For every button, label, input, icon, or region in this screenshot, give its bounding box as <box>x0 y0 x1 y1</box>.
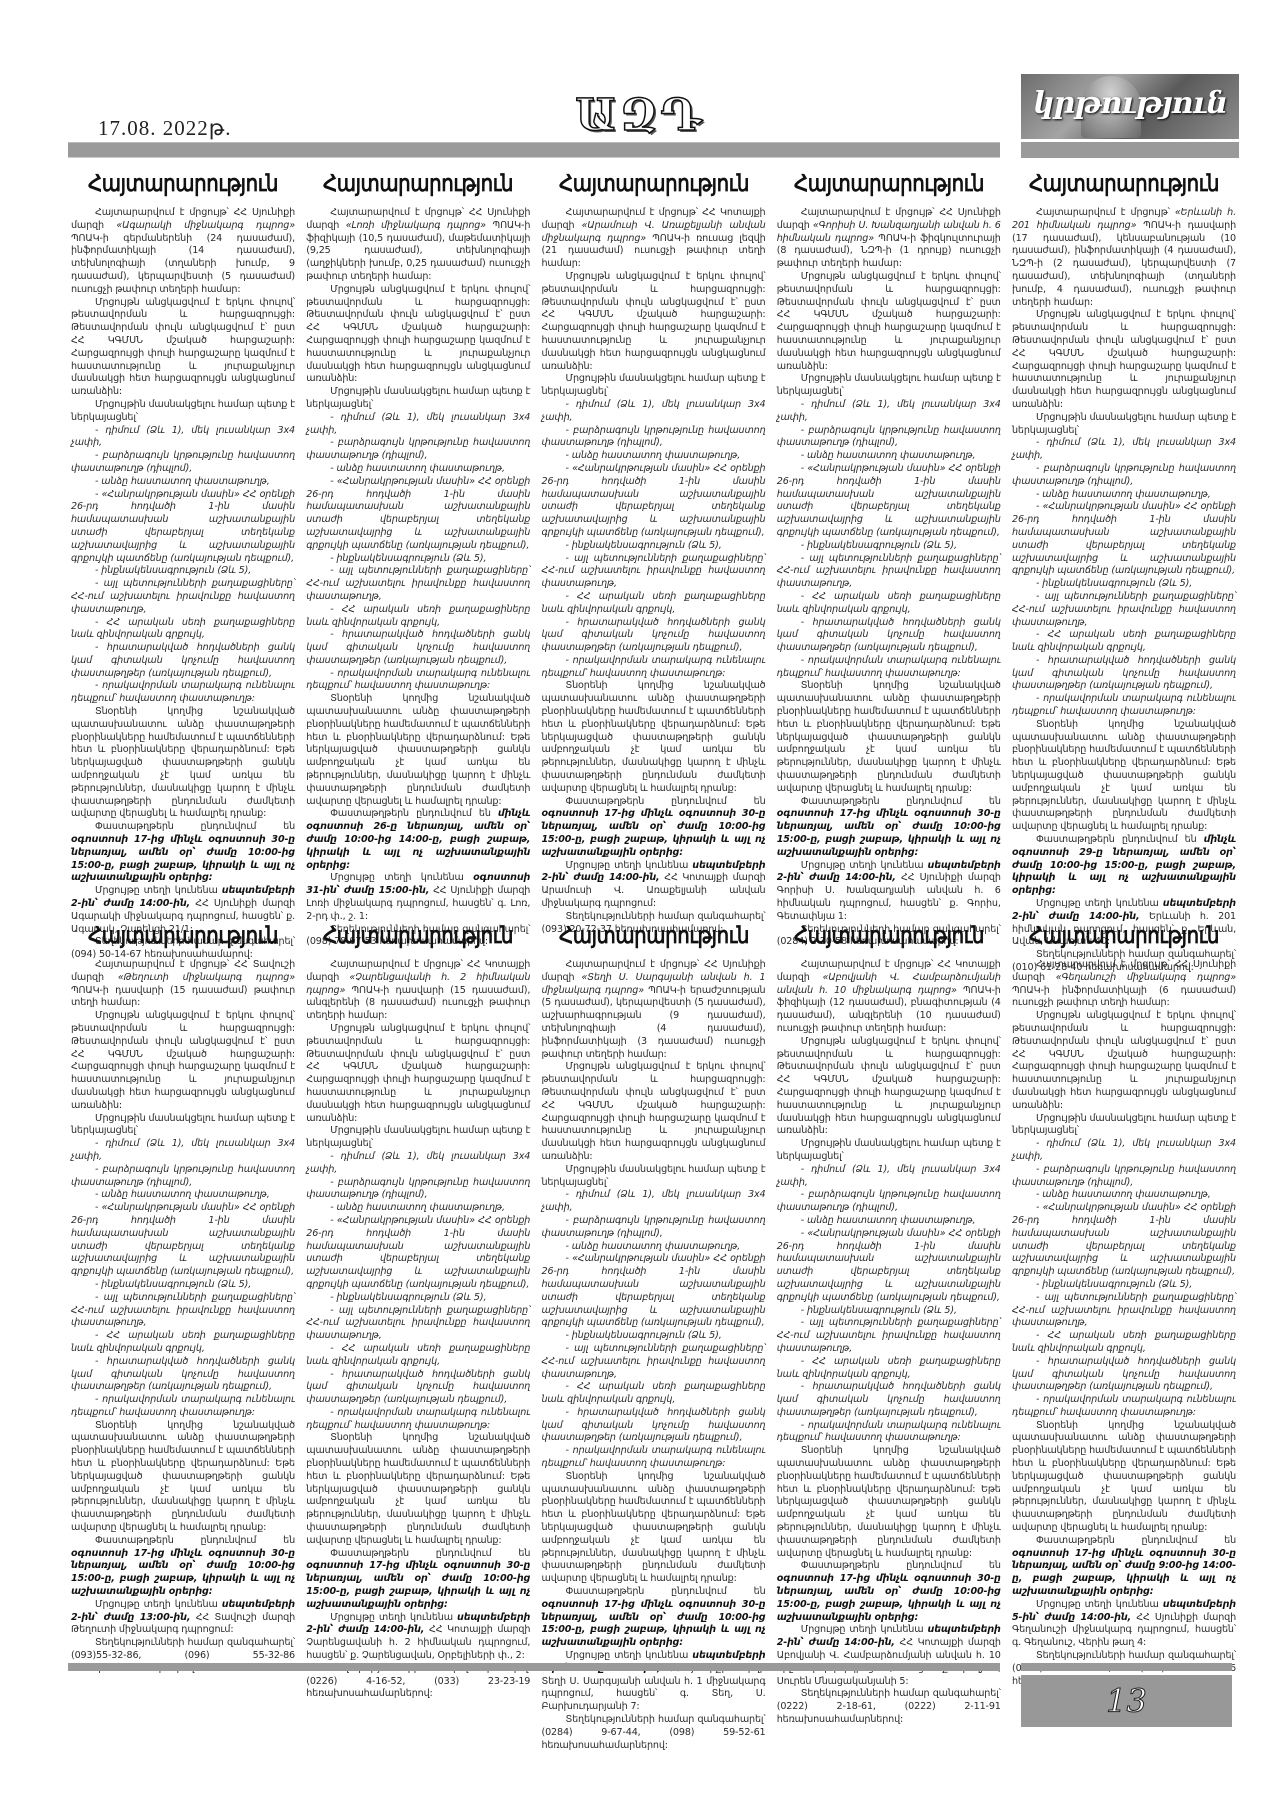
ad-column: Հայտարարություն Հայտարարվում է մրցույթ՝ … <box>1009 168 1239 928</box>
ads-row-top: Հայտարարություն Հայտարարվում է մրցույթ՝ … <box>68 168 1239 928</box>
school-name: «Ագարակի միջնակարգ դպրոց» <box>116 220 295 231</box>
requirement-item: - բարձրագույն կրթությունը հավաստող փաստա… <box>777 425 1001 451</box>
ad-intro: Հայտարարվում է մրցույթ՝ ՀՀ Կոտայքի մարզի… <box>777 959 1001 1036</box>
ad-body: Հայտարարվում է մրցույթ՝ ՀՀ Սյունիքի մարզ… <box>306 207 530 949</box>
requirement-item: - որակավորման տարակարգ ունենալու դեպքում… <box>777 655 1001 681</box>
requirement-item: - ՀՀ արական սեռի քաղաքացիները նաև զինվոր… <box>306 1343 530 1369</box>
ad-req-intro: Մրցույթին մասնակցելու համար պետք է ներկա… <box>542 1164 766 1190</box>
page-number: 13 <box>1106 1682 1147 1720</box>
ad-stages: Մրցույթն անցկացվում է երկու փուլով՝ թեստ… <box>777 271 1001 373</box>
ad-req-intro: Մրցույթին մասնակցելու համար պետք է ներկա… <box>1012 1113 1236 1139</box>
requirement-item: - հրատարակված հոդվածների ցանկ կամ գիտակա… <box>542 1407 766 1445</box>
ad-verification: Տնօրենի կողմից նշանակված պատասխանատու ան… <box>306 1432 530 1547</box>
ad-venue: Մրցույթը տեղի կունենա օգոստոսի 31-ին՝ ժա… <box>306 872 530 923</box>
requirement-item: - այլ պետությունների քաղաքացիները՝ ՀՀ-ու… <box>71 578 295 616</box>
phone-numbers: (0222) 2-18-61, (0222) 2-11-91 հեռախոսահ… <box>777 1701 1001 1725</box>
requirement-item: - հրատարակված հոդվածների ցանկ կամ գիտակա… <box>306 1369 530 1407</box>
ad-intro: Հայտարարվում է մրցույթ՝ ՀՀ Սյունիքի մարզ… <box>306 207 530 284</box>
requirement-item: - անձը հաստատող փաստաթուղթ, <box>777 1215 1001 1228</box>
requirement-item: - «Հանրակրթության մասին» ՀՀ օրենքի 26-րդ… <box>1012 501 1236 578</box>
requirements-list: - դիմում (Ձև 1), մեկ լուսանկար 3x4 չափի,… <box>777 1164 1001 1446</box>
ad-verification: Տնօրենի կողմից նշանակված պատասխանատու ան… <box>542 680 766 795</box>
ad-body: Հայտարարվում է մրցույթ՝ ՀՀ Սյունիքի մարզ… <box>542 959 766 1752</box>
section-banner: կրթություն <box>1021 74 1239 139</box>
ad-docs-period: Փաստաթղթերն ընդունվում են օգոստոսի 17-ից… <box>777 796 1001 860</box>
ad-venue: Մրցույթը տեղի կունենա սեպտեմբերի 2-ին՝ ժ… <box>306 1612 530 1663</box>
requirement-item: - որակավորման տարակարգ ունենալու դեպքում… <box>1012 693 1236 719</box>
requirement-item: - ինքնակենսագրություն (Ձև 5), <box>71 1279 295 1292</box>
requirement-item: - որակավորման տարակարգ ունենալու դեպքում… <box>777 1420 1001 1446</box>
ad-req-intro: Մրցույթին մասնակցելու համար պետք է ներկա… <box>306 386 530 412</box>
requirement-item: - ՀՀ արական սեռի քաղաքացիները նաև զինվոր… <box>71 1330 295 1356</box>
requirement-item: - «Հանրակրթության մասին» ՀՀ օրենքի 26-րդ… <box>777 463 1001 540</box>
requirement-item: - դիմում (Ձև 1), մեկ լուսանկար 3x4 չափի, <box>777 399 1001 425</box>
ad-req-intro: Մրցույթին մասնակցելու համար պետք է ներկա… <box>306 1125 530 1151</box>
requirement-item: - դիմում (Ձև 1), մեկ լուսանկար 3x4 չափի, <box>1012 437 1236 463</box>
ad-venue: Մրցույթը տեղի կունենա սեպտեմբերի 2-ին՝ ժ… <box>777 1624 1001 1688</box>
ad-stages: Մրցույթն անցկացվում է երկու փուլով՝ թեստ… <box>306 284 530 386</box>
ad-title: Հայտարարություն <box>1028 170 1221 197</box>
requirement-item: - ՀՀ արական սեռի քաղաքացիները նաև զինվոր… <box>71 617 295 643</box>
requirement-item: - բարձրագույն կրթությունը հավաստող փաստա… <box>777 1189 1001 1215</box>
ad-docs-period: Փաստաթղթերն ընդունվում են մինչև օգոստոսի… <box>306 808 530 872</box>
ad-column: Հայտարարություն Հայտարարվում է մրցույթ՝ … <box>774 920 1004 1610</box>
ad-title: Հայտարարություն <box>322 922 515 949</box>
requirement-item: - ՀՀ արական սեռի քաղաքացիները նաև զինվոր… <box>777 1356 1001 1382</box>
ad-docs-period: Փաստաթղթերն ընդունվում են օգոստոսի 17-ից… <box>306 1548 530 1612</box>
ad-title: Հայտարարություն <box>557 922 750 949</box>
requirement-item: - հրատարակված հոդվածների ցանկ կամ գիտակա… <box>1012 655 1236 693</box>
requirement-item: - ՀՀ արական սեռի քաղաքացիները նաև զինվոր… <box>542 1381 766 1407</box>
requirement-item: - դիմում (Ձև 1), մեկ լուսանկար 3x4 չափի, <box>1012 1138 1236 1164</box>
ad-verification: Տնօրենի կողմից նշանակված պատասխանատու ան… <box>1012 1420 1236 1535</box>
ad-title: Հայտարարություն <box>792 170 985 197</box>
requirement-item: - այլ պետությունների քաղաքացիները՝ ՀՀ-ու… <box>1012 1292 1236 1330</box>
requirement-item: - դիմում (Ձև 1), մեկ լուսանկար 3x4 չափի, <box>71 425 295 451</box>
requirement-item: - որակավորման տարակարգ ունենալու դեպքում… <box>542 655 766 681</box>
requirements-list: - դիմում (Ձև 1), մեկ լուսանկար 3x4 չափի,… <box>542 399 766 681</box>
ad-body: Հայտարարվում է մրցույթ՝ ՀՀ Սյունիքի մարզ… <box>1012 959 1236 1688</box>
ad-title: Հայտարարություն <box>1028 922 1221 949</box>
requirement-item: - անձը հաստատող փաստաթուղթ, <box>71 1189 295 1202</box>
requirement-item: - անձը հաստատող փաստաթուղթ, <box>71 476 295 489</box>
requirement-item: - «Հանրակրթության մասին» ՀՀ օրենքի 26-րդ… <box>71 1202 295 1279</box>
ad-docs-period: Փաստաթղթերն ընդունվում են օգոստոսի 17-ից… <box>542 796 766 860</box>
requirement-item: - դիմում (Ձև 1), մեկ լուսանկար 3x4 չափի, <box>542 1189 766 1215</box>
ad-req-intro: Մրցույթին մասնակցելու համար պետք է ներկա… <box>777 373 1001 399</box>
ad-column: Հայտարարություն Հայտարարվում է մրցույթ՝ … <box>303 920 533 1610</box>
requirement-item: - որակավորման տարակարգ ունենալու դեպքում… <box>306 668 530 694</box>
requirement-item: - «Հանրակրթության մասին» ՀՀ օրենքի 26-րդ… <box>542 463 766 540</box>
ad-docs-period: Փաստաթղթերն ընդունվում են օգոստոսի 17-ից… <box>542 1586 766 1650</box>
ad-title: Հայտարարություն <box>322 170 515 197</box>
requirement-item: - ինքնակենսագրություն (Ձև 5), <box>306 553 530 566</box>
requirement-item: - ՀՀ արական սեռի քաղաքացիները նաև զինվոր… <box>542 591 766 617</box>
ad-contact: Տեղեկությունների համար զանգահարել՝ (0284… <box>542 1714 766 1752</box>
ad-verification: Տնօրենի կողմից նշանակված պատասխանատու ան… <box>777 680 1001 795</box>
ad-verification: Տնօրենի կողմից նշանակված պատասխանատու ան… <box>71 1420 295 1535</box>
requirement-item: - այլ պետությունների քաղաքացիները՝ ՀՀ-ու… <box>777 1317 1001 1355</box>
phone-numbers: (0226) 4-16-52, (033) 23-23-19 հեռախոսահ… <box>306 1676 530 1700</box>
requirement-item: - այլ պետությունների քաղաքացիները՝ ՀՀ-ու… <box>777 553 1001 591</box>
ad-intro: Հայտարարվում է մրցույթ՝ ՀՀ Սյունիքի մարզ… <box>1012 959 1236 1010</box>
requirements-list: - դիմում (Ձև 1), մեկ լուսանկար 3x4 չափի,… <box>777 399 1001 681</box>
ad-title: Հայտարարություն <box>87 922 280 949</box>
ad-stages: Մրցույթն անցկացվում է երկու փուլով՝ թեստ… <box>542 271 766 373</box>
footer-rule <box>68 1663 1000 1671</box>
school-name: «Թեղուտի միջնակարգ դպրոց» <box>118 972 295 983</box>
ad-venue: Մրցույթը տեղի կունենա սեպտեմբերի 2-ին՝ ժ… <box>71 1599 295 1637</box>
requirements-list: - դիմում (Ձև 1), մեկ լուսանկար 3x4 չափի,… <box>71 425 295 707</box>
requirement-item: - այլ պետությունների քաղաքացիները՝ ՀՀ-ու… <box>542 1343 766 1381</box>
requirement-item: - այլ պետությունների քաղաքացիները՝ ՀՀ-ու… <box>71 1292 295 1330</box>
ad-docs-period: Փաստաթղթերն ընդունվում են մինչև օգոստոսի… <box>1012 834 1236 898</box>
ad-stages: Մրցույթն անցկացվում է երկու փուլով՝ թեստ… <box>71 297 295 399</box>
requirement-item: - «Հանրակրթության մասին» ՀՀ օրենքի 26-րդ… <box>1012 1202 1236 1279</box>
requirement-item: - որակավորման տարակարգ ունենալու դեպքում… <box>1012 1394 1236 1420</box>
ad-venue: Մրցույթը տեղի կունենա սեպտեմբերի 5-ին՝ ժ… <box>1012 1599 1236 1650</box>
ad-stages: Մրցույթն անցկացվում է երկու փուլով՝ թեստ… <box>777 1036 1001 1138</box>
requirement-item: - «Հանրակրթության մասին» ՀՀ օրենքի 26-րդ… <box>777 1228 1001 1305</box>
ad-body: Հայտարարվում է մրցույթ՝ ՀՀ Կոտայքի մարզի… <box>542 207 766 936</box>
requirement-item: - ինքնակենսագրություն (Ձև 5), <box>306 1292 530 1305</box>
page-number-box: 13 <box>1021 1675 1232 1727</box>
issue-date: 17.08. 2022թ. <box>98 116 232 141</box>
ad-intro: Հայտարարվում է մրցույթ՝ ՀՀ Տավուշի մարզի… <box>71 959 295 1010</box>
school-name: «Լոռի միջնակարգ դպրոց» <box>346 220 486 231</box>
ad-venue: Մրցույթը տեղի կունենա սեպտեմբերի 2-ին՝ ժ… <box>542 860 766 911</box>
ad-docs-period: Փաստաթղթերն ընդունվում են օգոստոսի 17-ից… <box>71 821 295 885</box>
requirement-item: - բարձրագույն կրթությունը հավաստող փաստա… <box>1012 463 1236 489</box>
requirement-item: - բարձրագույն կրթությունը հավաստող փաստա… <box>306 437 530 463</box>
ad-body: Հայտարարվում է մրցույթ՝ ՀՀ Կոտայքի մարզի… <box>777 959 1001 1727</box>
requirement-item: - ՀՀ արական սեռի քաղաքացիները նաև զինվոր… <box>306 604 530 630</box>
ad-body: Հայտարարվում է մրցույթ՝ ՀՀ Սյունիքի մարզ… <box>71 207 295 962</box>
ad-stages: Մրցույթն անցկացվում է երկու փուլով՝ թեստ… <box>1012 309 1236 411</box>
ad-req-intro: Մրցույթին մասնակցելու համար պետք է ներկա… <box>71 399 295 425</box>
ad-body: Հայտարարվում է մրցույթ՝ ՀՀ Կոտայքի մարզի… <box>306 959 530 1701</box>
ad-req-intro: Մրցույթին մասնակցելու համար պետք է ներկա… <box>71 1113 295 1139</box>
ad-column: Հայտարարություն Հայտարարվում է մրցույթ՝ … <box>68 168 298 928</box>
ad-stages: Մրցույթն անցկացվում է երկու փուլով՝ թեստ… <box>542 1061 766 1163</box>
requirement-item: - «Հանրակրթության մասին» ՀՀ օրենքի 26-րդ… <box>71 489 295 566</box>
requirement-item: - հրատարակված հոդվածների ցանկ կամ գիտակա… <box>777 1381 1001 1419</box>
requirement-item: - որակավորման տարակարգ ունենալու դեպքում… <box>71 1394 295 1420</box>
ad-verification: Տնօրենի կողմից նշանակված պատասխանատու ան… <box>542 1471 766 1586</box>
ad-req-intro: Մրցույթին մասնակցելու համար պետք է ներկա… <box>1012 412 1236 438</box>
section-label: կրթություն <box>1025 86 1235 121</box>
ad-column: Հայտարարություն Հայտարարվում է մրցույթ՝ … <box>539 168 769 928</box>
ad-req-intro: Մրցույթին մասնակցելու համար պետք է ներկա… <box>542 373 766 399</box>
ad-verification: Տնօրենի կողմից նշանակված պատասխանատու ան… <box>71 706 295 821</box>
ad-stages: Մրցույթն անցկացվում է երկու փուլով՝ թեստ… <box>71 1010 295 1112</box>
requirement-item: - անձը հաստատող փաստաթուղթ, <box>542 450 766 463</box>
requirement-item: - անձը հաստատող փաստաթուղթ, <box>542 1241 766 1254</box>
requirements-list: - դիմում (Ձև 1), մեկ լուսանկար 3x4 չափի,… <box>306 1151 530 1433</box>
requirements-list: - դիմում (Ձև 1), մեկ լուսանկար 3x4 չափի,… <box>71 1138 295 1420</box>
ad-verification: Տնօրենի կողմից նշանակված պատասխանատու ան… <box>777 1445 1001 1560</box>
requirement-item: - ինքնակենսագրություն (Ձև 5), <box>542 540 766 553</box>
requirement-item: - դիմում (Ձև 1), մեկ լուսանկար 3x4 չափի, <box>306 412 530 438</box>
requirement-item: - դիմում (Ձև 1), մեկ լուսանկար 3x4 չափի, <box>71 1138 295 1164</box>
ad-intro: Հայտարարվում է մրցույթ՝ «Երևանի հ. 201 հ… <box>1012 207 1236 309</box>
ad-intro: Հայտարարվում է մրցույթ՝ ՀՀ Սյունիքի մարզ… <box>542 959 766 1061</box>
requirement-item: - ՀՀ արական սեռի քաղաքացիները նաև զինվոր… <box>1012 629 1236 655</box>
requirement-item: - դիմում (Ձև 1), մեկ լուսանկար 3x4 չափի, <box>306 1151 530 1177</box>
ads-row-bottom: Հայտարարություն Հայտարարվում է մրցույթ՝ … <box>68 920 1239 1610</box>
requirements-list: - դիմում (Ձև 1), մեկ լուսանկար 3x4 չափի,… <box>1012 437 1236 719</box>
requirement-item: - հրատարակված հոդվածների ցանկ կամ գիտակա… <box>542 617 766 655</box>
requirement-item: - ինքնակենսագրություն (Ձև 5), <box>1012 578 1236 591</box>
masthead-logo: ԱԶԴ <box>560 90 720 141</box>
ad-intro: Հայտարարվում է մրցույթ՝ ՀՀ Կոտայքի մարզի… <box>542 207 766 271</box>
ad-column: Հայտարարություն Հայտարարվում է մրցույթ՝ … <box>1009 920 1239 1610</box>
ad-intro: Հայտարարվում է մրցույթ՝ ՀՀ Սյունիքի մարզ… <box>777 207 1001 271</box>
requirement-item: - բարձրագույն կրթությունը հավաստող փաստա… <box>542 425 766 451</box>
ad-req-intro: Մրցույթին մասնակցելու համար պետք է ներկա… <box>777 1138 1001 1164</box>
ad-verification: Տնօրենի կողմից նշանակված պատասխանատու ան… <box>306 693 530 808</box>
requirement-item: - ՀՀ արական սեռի քաղաքացիները նաև զինվոր… <box>1012 1330 1236 1356</box>
requirement-item: - որակավորման տարակարգ ունենալու դեպքում… <box>306 1407 530 1433</box>
requirement-item: - այլ պետությունների քաղաքացիները՝ ՀՀ-ու… <box>1012 591 1236 629</box>
ad-body: Հայտարարվում է մրցույթ՝ ՀՀ Սյունիքի մարզ… <box>777 207 1001 949</box>
requirement-item: - ինքնակենսագրություն (Ձև 5), <box>71 565 295 578</box>
requirements-list: - դիմում (Ձև 1), մեկ լուսանկար 3x4 չափի,… <box>1012 1138 1236 1420</box>
ad-stages: Մրցույթն անցկացվում է երկու փուլով՝ թեստ… <box>1012 1010 1236 1112</box>
ad-column: Հայտարարություն Հայտարարվում է մրցույթ՝ … <box>774 168 1004 928</box>
header-rule <box>68 142 1000 158</box>
requirement-item: - հրատարակված հոդվածների ցանկ կամ գիտակա… <box>777 617 1001 655</box>
phone-numbers: (0284) 9-67-44, (098) 59-52-61 հեռախոսահ… <box>542 1727 766 1751</box>
requirement-item: - անձը հաստատող փաստաթուղթ, <box>306 463 530 476</box>
ad-docs-period: Փաստաթղթերն ընդունվում են օգոստոսի 17-ից… <box>71 1535 295 1599</box>
ad-docs-period: Փաստաթղթերն ընդունվում են օգոստոսի 17-ից… <box>777 1560 1001 1624</box>
requirement-item: - բարձրագույն կրթությունը հավաստող փաստա… <box>542 1215 766 1241</box>
ad-column: Հայտարարություն Հայտարարվում է մրցույթ՝ … <box>303 168 533 928</box>
requirement-item: - այլ պետությունների քաղաքացիները՝ ՀՀ-ու… <box>306 565 530 603</box>
ad-venue: Մրցույթը տեղի կունենա սեպտեմբերի 2-ին՝ ժ… <box>777 860 1001 924</box>
requirements-list: - դիմում (Ձև 1), մեկ լուսանկար 3x4 չափի,… <box>542 1189 766 1471</box>
requirement-item: - բարձրագույն կրթությունը հավաստող փաստա… <box>1012 1164 1236 1190</box>
requirement-item: - որակավորման տարակարգ ունենալու դեպքում… <box>542 1445 766 1471</box>
ad-intro: Հայտարարվում է մրցույթ՝ ՀՀ Կոտայքի մարզի… <box>306 959 530 1023</box>
requirement-item: - անձը հաստատող փաստաթուղթ, <box>1012 1189 1236 1202</box>
requirement-item: - ինքնակենսագրություն (Ձև 5), <box>542 1330 766 1343</box>
page-header: 17.08. 2022թ. ԱԶԴ կրթություն <box>0 0 1273 160</box>
requirement-item: - այլ պետությունների քաղաքացիները՝ ՀՀ-ու… <box>306 1305 530 1343</box>
requirement-item: - այլ պետությունների քաղաքացիները՝ ՀՀ-ու… <box>542 553 766 591</box>
ad-stages: Մրցույթն անցկացվում է երկու փուլով՝ թեստ… <box>306 1023 530 1125</box>
ad-intro: Հայտարարվում է մրցույթ՝ ՀՀ Սյունիքի մարզ… <box>71 207 295 297</box>
ad-title: Հայտարարություն <box>87 170 280 197</box>
requirement-item: - ինքնակենսագրություն (Ձև 5), <box>777 540 1001 553</box>
requirements-list: - դիմում (Ձև 1), մեկ լուսանկար 3x4 չափի,… <box>306 412 530 694</box>
requirement-item: - հրատարակված հոդվածների ցանկ կամ գիտակա… <box>306 629 530 667</box>
requirement-item: - ինքնակենսագրություն (Ձև 5), <box>777 1305 1001 1318</box>
requirement-item: - «Հանրակրթության մասին» ՀՀ օրենքի 26-րդ… <box>306 476 530 553</box>
ad-title: Հայտարարություն <box>557 170 750 197</box>
requirement-item: - անձը հաստատող փաստաթուղթ, <box>306 1202 530 1215</box>
header-rule-right <box>1021 142 1239 158</box>
ad-title: Հայտարարություն <box>792 922 985 949</box>
requirement-item: - հրատարակված հոդվածների ցանկ կամ գիտակա… <box>71 1356 295 1394</box>
requirement-item: - բարձրագույն կրթությունը հավաստող փաստա… <box>71 1164 295 1190</box>
ad-docs-period: Փաստաթղթերն ընդունվում են օգոստոսի 17-ից… <box>1012 1535 1236 1599</box>
footer-rule-right <box>1021 1663 1232 1671</box>
ad-column: Հայտարարություն Հայտարարվում է մրցույթ՝ … <box>68 920 298 1610</box>
requirement-item: - բարձրագույն կրթությունը հավաստող փաստա… <box>306 1177 530 1203</box>
ad-venue: Մրցույթը տեղի կունենա սեպտեմբերի 2-ին՝ ժ… <box>542 1650 766 1714</box>
requirement-item: - անձը հաստատող փաստաթուղթ, <box>777 450 1001 463</box>
requirement-item: - անձը հաստատող փաստաթուղթ, <box>1012 489 1236 502</box>
requirement-item: - ինքնակենսագրություն (Ձև 5), <box>1012 1279 1236 1292</box>
school-name: «Գեղանուշի միջնակարգ դպրոց» <box>1056 972 1236 983</box>
requirement-item: - բարձրագույն կրթությունը հավաստող փաստա… <box>71 450 295 476</box>
ad-verification: Տնօրենի կողմից նշանակված պատասխանատու ան… <box>1012 719 1236 834</box>
requirement-item: - հրատարակված հոդվածների ցանկ կամ գիտակա… <box>71 642 295 680</box>
requirement-item: - հրատարակված հոդվածների ցանկ կամ գիտակա… <box>1012 1356 1236 1394</box>
requirement-item: - «Հանրակրթության մասին» ՀՀ օրենքի 26-րդ… <box>542 1253 766 1330</box>
ad-body: Հայտարարվում է մրցույթ՝ ՀՀ Տավուշի մարզի… <box>71 959 295 1676</box>
ad-body: Հայտարարվում է մրցույթ՝ «Երևանի հ. 201 հ… <box>1012 207 1236 975</box>
requirement-item: - դիմում (Ձև 1), մեկ լուսանկար 3x4 չափի, <box>542 399 766 425</box>
requirement-item: - որակավորման տարակարգ ունենալու դեպքում… <box>71 680 295 706</box>
requirement-item: - դիմում (Ձև 1), մեկ լուսանկար 3x4 չափի, <box>777 1164 1001 1190</box>
ad-contact: Տեղեկությունների համար զանգահարել՝ (0222… <box>777 1688 1001 1726</box>
requirement-item: - «Հանրակրթության մասին» ՀՀ օրենքի 26-րդ… <box>306 1215 530 1292</box>
ad-column: Հայտարարություն Հայտարարվում է մրցույթ՝ … <box>539 920 769 1610</box>
requirement-item: - ՀՀ արական սեռի քաղաքացիները նաև զինվոր… <box>777 591 1001 617</box>
